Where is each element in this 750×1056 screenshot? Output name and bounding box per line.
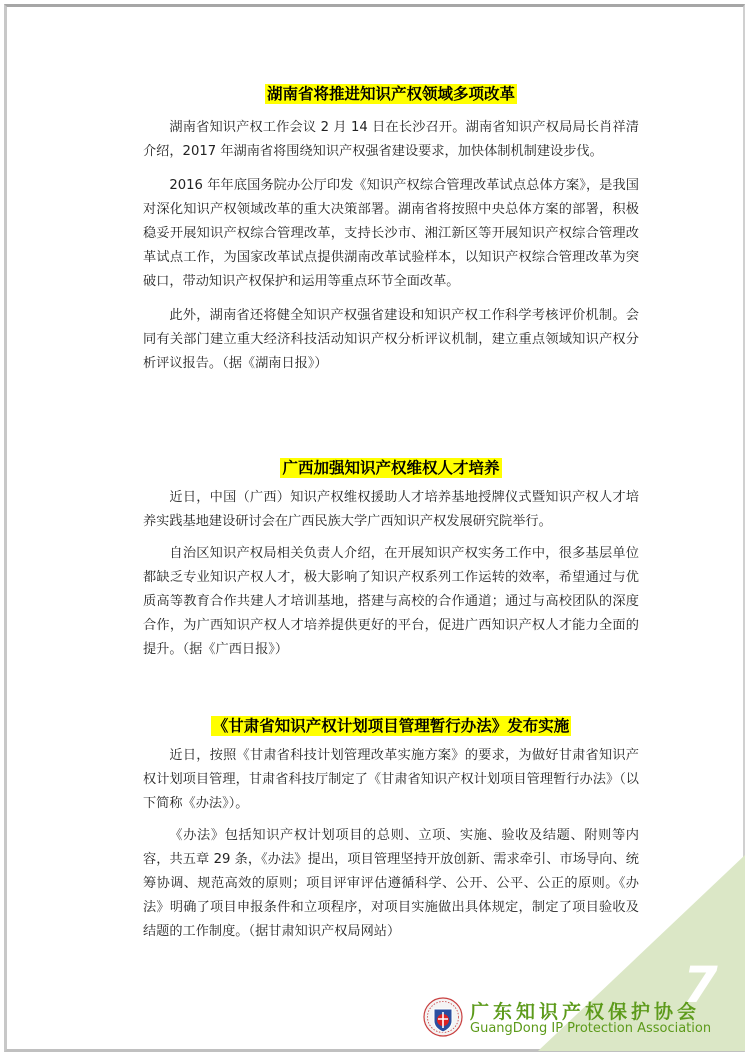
footer-org-name-cn: 广东知识产权保护协会 bbox=[470, 997, 700, 1024]
article-paragraph: 近日，中国（广西）知识产权维权援助人才培养基地授牌仪式暨知识产权人才培养实践基地… bbox=[143, 486, 639, 534]
article-title: 《甘肃省知识产权计划项目管理暂行办法》发布实施 bbox=[143, 714, 639, 736]
article-paragraph: 2016 年年底国务院办公厅印发《知识产权综合管理改革试点总体方案》，是我国对深… bbox=[143, 174, 639, 294]
footer-org-name-en: GuangDong IP Protection Association bbox=[470, 1021, 711, 1036]
article-paragraph: 此外，湖南省还将健全知识产权强省建设和知识产权工作科学考核评价机制。会同有关部门… bbox=[143, 304, 639, 376]
article-paragraph: 湖南省知识产权工作会议 2 月 14 日在长沙召开。湖南省知识产权局局长肖祥清介… bbox=[143, 116, 639, 164]
article-paragraph: 自治区知识产权局相关负责人介绍，在开展知识产权实务工作中，很多基层单位都缺乏专业… bbox=[143, 542, 639, 662]
association-emblem-icon bbox=[423, 997, 463, 1037]
article-title: 湖南省将推进知识产权领域多项改革 bbox=[143, 82, 639, 104]
article-title: 广西加强知识产权维权人才培养 bbox=[143, 456, 639, 478]
article-paragraph: 近日，按照《甘肃省科技计划管理改革实施方案》的要求，为做好甘肃省知识产权计划项目… bbox=[143, 744, 639, 816]
article-paragraph: 《办法》包括知识产权计划项目的总则、立项、实施、验收及结题、附则等内容，共五章 … bbox=[143, 824, 639, 944]
page-number: 7 bbox=[683, 956, 718, 1014]
